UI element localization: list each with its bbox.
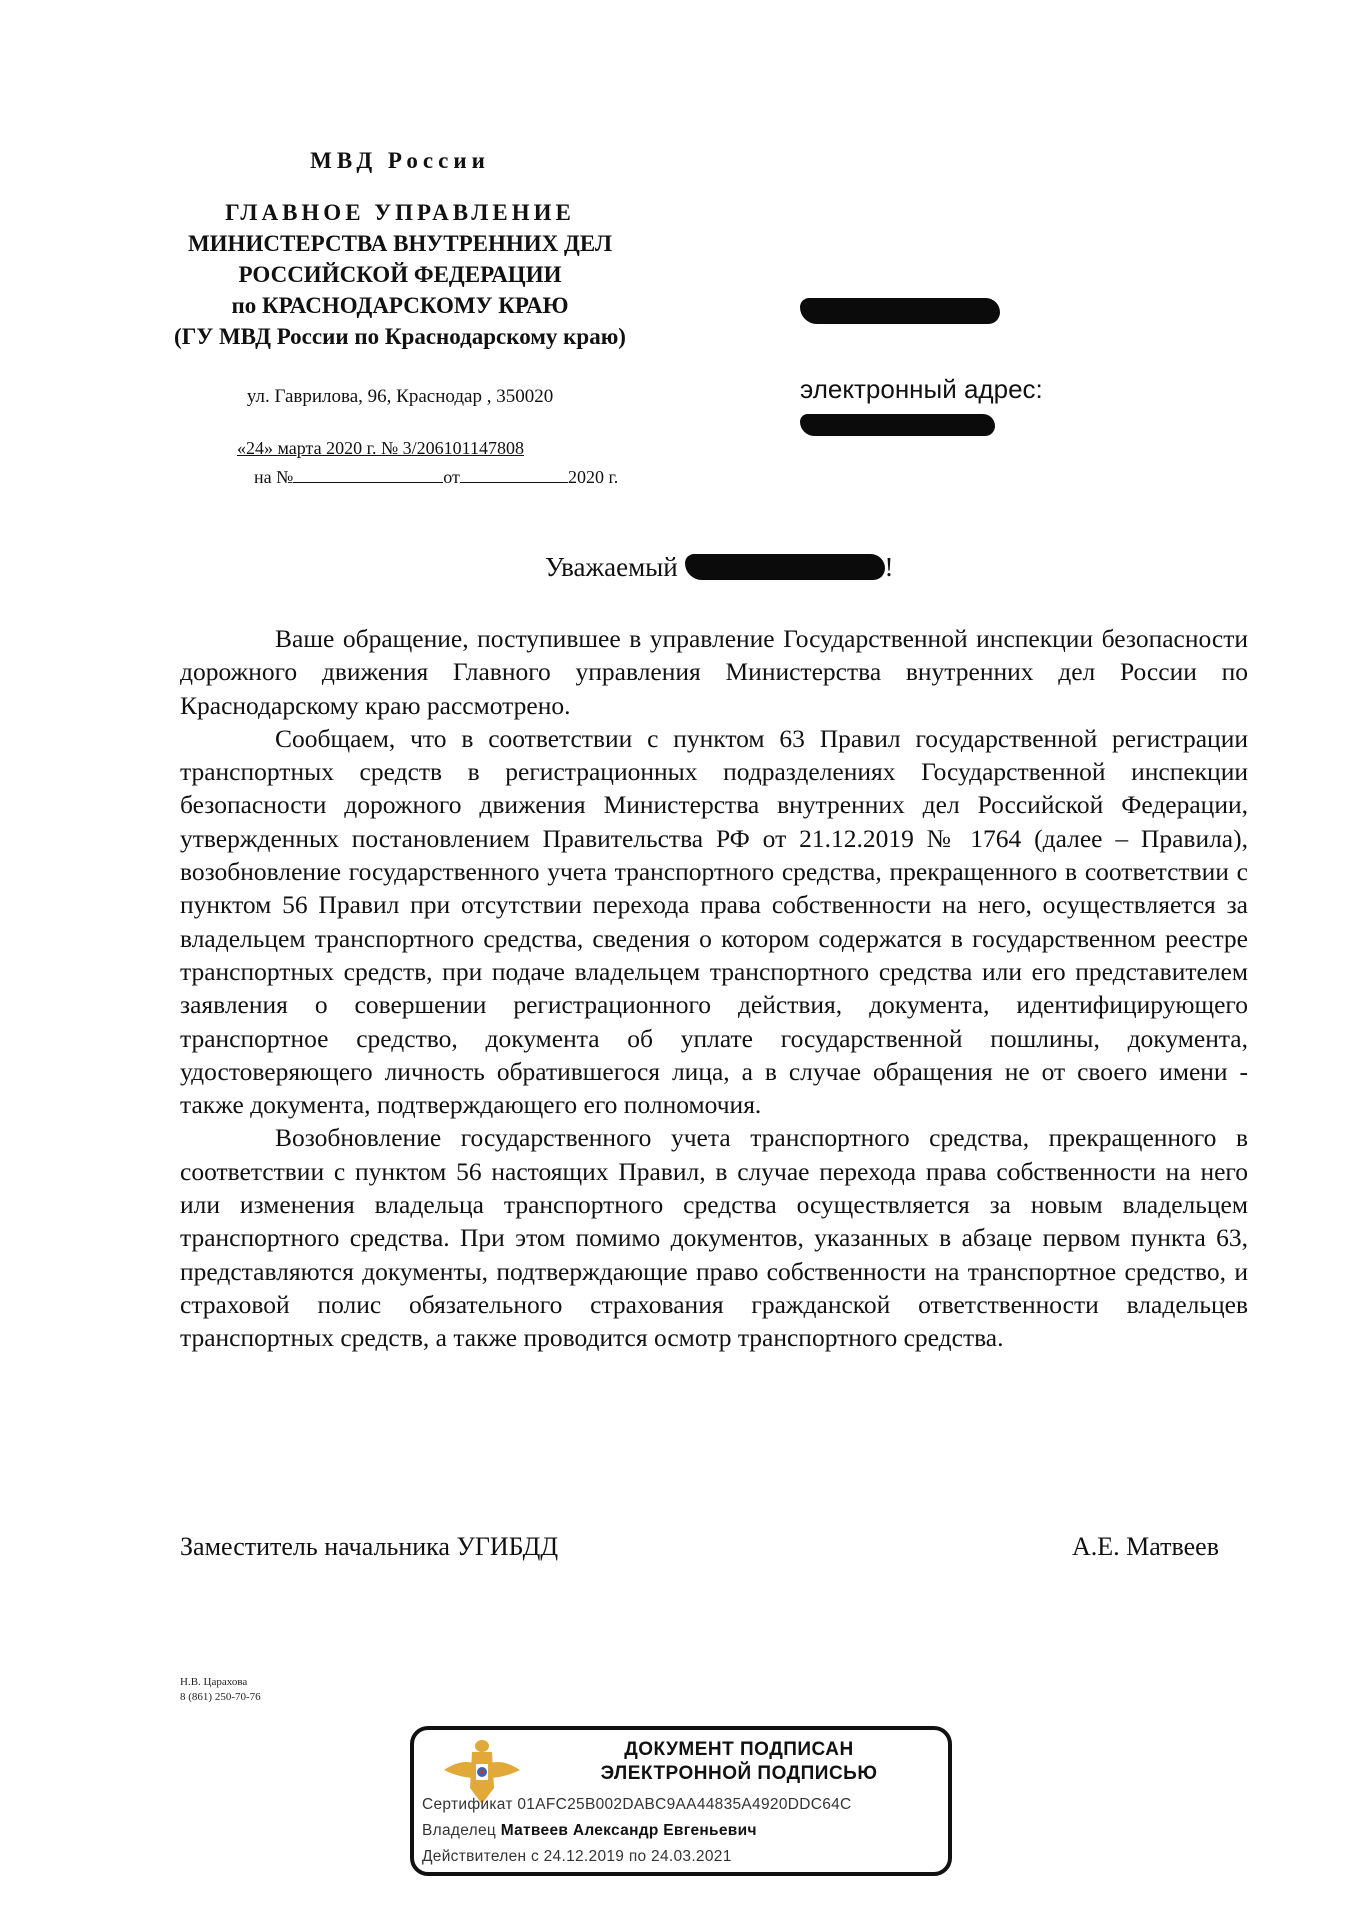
- body-paragraph-2: Сообщаем, что в соответствии с пунктом 6…: [180, 722, 1248, 1122]
- stamp-certificate: Сертификат 01AFC25B002DABC9AA44835A4920D…: [422, 1796, 852, 1814]
- reference-line: на №от2020 г.: [254, 466, 618, 488]
- body-paragraph-3: Возобновление государственного учета тра…: [180, 1121, 1248, 1354]
- reference-prefix: на №: [254, 467, 293, 487]
- department-line-2: МИНИСТЕРСТВА ВНУТРЕННИХ ДЕЛ: [150, 228, 650, 259]
- certificate-label: Сертификат: [422, 1796, 513, 1813]
- electronic-signature-stamp: ДОКУМЕНТ ПОДПИСАН ЭЛЕКТРОННОЙ ПОДПИСЬЮ С…: [410, 1726, 952, 1876]
- department-header: ГЛАВНОЕ УПРАВЛЕНИЕ МИНИСТЕРСТВА ВНУТРЕНН…: [150, 197, 650, 352]
- executor-info: Н.В. Царахова 8 (861) 250-70-76: [180, 1675, 261, 1705]
- ministry-name: МВД России: [150, 148, 650, 174]
- signer-title: Заместитель начальника УГИБДД: [180, 1532, 558, 1562]
- greeting-suffix: !: [885, 552, 894, 582]
- department-line-1: ГЛАВНОЕ УПРАВЛЕНИЕ: [150, 197, 650, 228]
- greeting-prefix: Уважаемый: [545, 552, 678, 582]
- executor-phone: 8 (861) 250-70-76: [180, 1690, 261, 1705]
- signer-name: А.Е. Матвеев: [1072, 1532, 1219, 1562]
- greeting: Уважаемый !: [545, 552, 894, 583]
- department-address: ул. Гаврилова, 96, Краснодар , 350020: [150, 386, 650, 408]
- stamp-title-line-2: ЭЛЕКТРОННОЙ ПОДПИСЬЮ: [544, 1762, 934, 1786]
- owner-value: Матвеев Александр Евгеньевич: [501, 1822, 757, 1839]
- certificate-value: 01AFC25B002DABC9AA44835A4920DDC64C: [517, 1796, 851, 1813]
- owner-label: Владелец: [422, 1822, 496, 1839]
- reference-date-blank: [460, 466, 568, 483]
- email-redaction: [800, 414, 995, 436]
- reference-from: от: [443, 467, 460, 487]
- stamp-validity: Действителен с 24.12.2019 по 24.03.2021: [422, 1848, 732, 1866]
- recipient-name-redaction: [800, 298, 1000, 324]
- document-date-number: «24» марта 2020 г. № 3/206101147808: [237, 438, 524, 459]
- greeting-name-redaction: [685, 554, 885, 580]
- department-line-4: по КРАСНОДАРСКОМУ КРАЮ: [150, 290, 650, 321]
- stamp-owner: Владелец Матвеев Александр Евгеньевич: [422, 1822, 757, 1840]
- letter-body: Ваше обращение, поступившее в управление…: [180, 622, 1248, 1355]
- reference-year: 2020 г.: [568, 467, 618, 487]
- email-label: электронный адрес:: [800, 374, 1043, 405]
- executor-name: Н.В. Царахова: [180, 1675, 261, 1690]
- stamp-title-line-1: ДОКУМЕНТ ПОДПИСАН: [544, 1738, 934, 1762]
- stamp-title: ДОКУМЕНТ ПОДПИСАН ЭЛЕКТРОННОЙ ПОДПИСЬЮ: [544, 1738, 934, 1786]
- department-line-5: (ГУ МВД России по Краснодарскому краю): [150, 321, 650, 352]
- body-paragraph-1: Ваше обращение, поступившее в управление…: [180, 622, 1248, 722]
- reference-number-blank: [293, 466, 443, 483]
- department-line-3: РОССИЙСКОЙ ФЕДЕРАЦИИ: [150, 259, 650, 290]
